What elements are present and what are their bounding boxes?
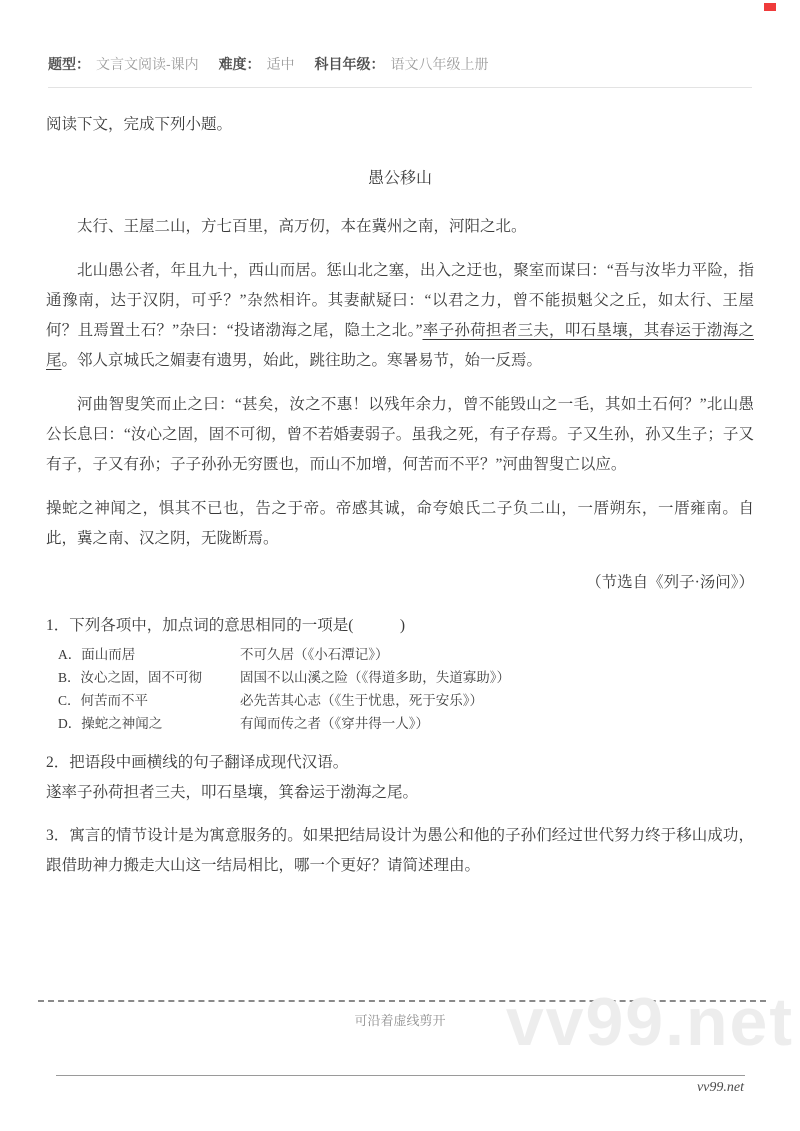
question-1-text: 1．下列各项中，加点词的意思相同的一项是( ) (46, 611, 754, 641)
red-corner-mark (764, 3, 776, 11)
passage-paragraph-4: 操蛇之神闻之，惧其不已也，告之于帝。帝感其诚，命夸娘氏二子负二山，一厝朔东，一厝… (46, 494, 754, 554)
option-d: D．操蛇之神闻之有闻而传之者（《穿井得一人》） (58, 712, 754, 735)
passage-title: 愚公移山 (46, 164, 754, 194)
option-d-right-phrase: 有闻而传之者（《穿井得一人》） (240, 716, 429, 731)
option-b-label: B． (58, 670, 81, 685)
option-c: C．何苦而不平必先苦其心志（《生于忧患，死于安乐》） (58, 689, 754, 712)
cut-line-label: 可沿着虚线剪开 (0, 1010, 800, 1029)
passage-paragraph-1: 太行、王屋二山，方七百里，高万仞，本在冀州之南，河阳之北。 (46, 212, 754, 242)
meta-value-question-type: 文言文阅读-课内 (96, 56, 199, 72)
paragraph-2-post: 。邻人京城氏之媚妻有遗男，始此，跳往助之。寒暑易节，始一反焉。 (62, 352, 543, 369)
question-2-text: 2．把语段中画横线的句子翻译成现代汉语。 (46, 748, 754, 778)
worksheet-page: 题型：文言文阅读-课内 难度：适中 科目年级：语文八年级上册 阅读下文，完成下列… (0, 0, 800, 1131)
meta-value-subject-grade: 语文八年级上册 (390, 56, 488, 72)
option-c-label: C． (58, 693, 81, 708)
footer-divider (56, 1075, 745, 1076)
option-c-right-phrase: 必先苦其心志（《生于忧患，死于安乐》） (240, 693, 483, 708)
passage-source: （节选自《列子·汤问》） (46, 568, 754, 598)
question-1-options: A．面山而居不可久居（《小石潭记》） B．汝心之固，固不可彻固国不以山溪之险（《… (58, 643, 754, 735)
option-b-right-phrase: 固国不以山溪之险（《得道多助，失道寡助》） (240, 670, 510, 685)
footer-site-name: vv99.net (697, 1080, 744, 1096)
option-c-left-phrase: 何苦而不平 (81, 693, 149, 708)
intro-text: 阅读下文，完成下列小题。 (46, 110, 754, 140)
option-b: B．汝心之固，固不可彻固国不以山溪之险（《得道多助，失道寡助》） (58, 666, 754, 689)
meta-label-difficulty: 难度： (219, 56, 261, 72)
option-a-left-phrase: 面山而居 (81, 647, 135, 662)
meta-value-difficulty: 适中 (267, 56, 295, 72)
option-a-label: A． (58, 647, 81, 662)
option-a: A．面山而居不可久居（《小石潭记》） (58, 643, 754, 666)
option-d-left-phrase: 操蛇之神闻之 (81, 716, 162, 731)
meta-label-question-type: 题型： (48, 56, 90, 72)
passage-paragraph-3: 河曲智叟笑而止之曰：“甚矣，汝之不惠！以残年余力，曾不能毁山之一毛，其如土石何？… (46, 390, 754, 480)
passage-paragraph-2: 北山愚公者，年且九十，西山而居。惩山北之塞，出入之迂也，聚室而谋曰：“吾与汝毕力… (46, 256, 754, 376)
meta-header: 题型：文言文阅读-课内 难度：适中 科目年级：语文八年级上册 (0, 0, 800, 74)
question-2-sentence: 遂率子孙荷担者三夫，叩石垦壤，箕畚运于渤海之尾。 (46, 778, 754, 808)
meta-label-subject-grade: 科目年级： (314, 56, 384, 72)
option-d-label: D． (58, 716, 81, 731)
option-b-left-phrase: 汝心之固，固不可彻 (81, 670, 203, 685)
option-a-right-phrase: 不可久居（《小石潭记》） (240, 647, 389, 662)
header-divider (48, 87, 752, 88)
question-3-text: 3．寓言的情节设计是为寓意服务的。如果把结局设计为愚公和他的子孙们经过世代努力终… (46, 821, 754, 881)
worksheet-content: 阅读下文，完成下列小题。 愚公移山 太行、王屋二山，方七百里，高万仞，本在冀州之… (46, 110, 754, 881)
